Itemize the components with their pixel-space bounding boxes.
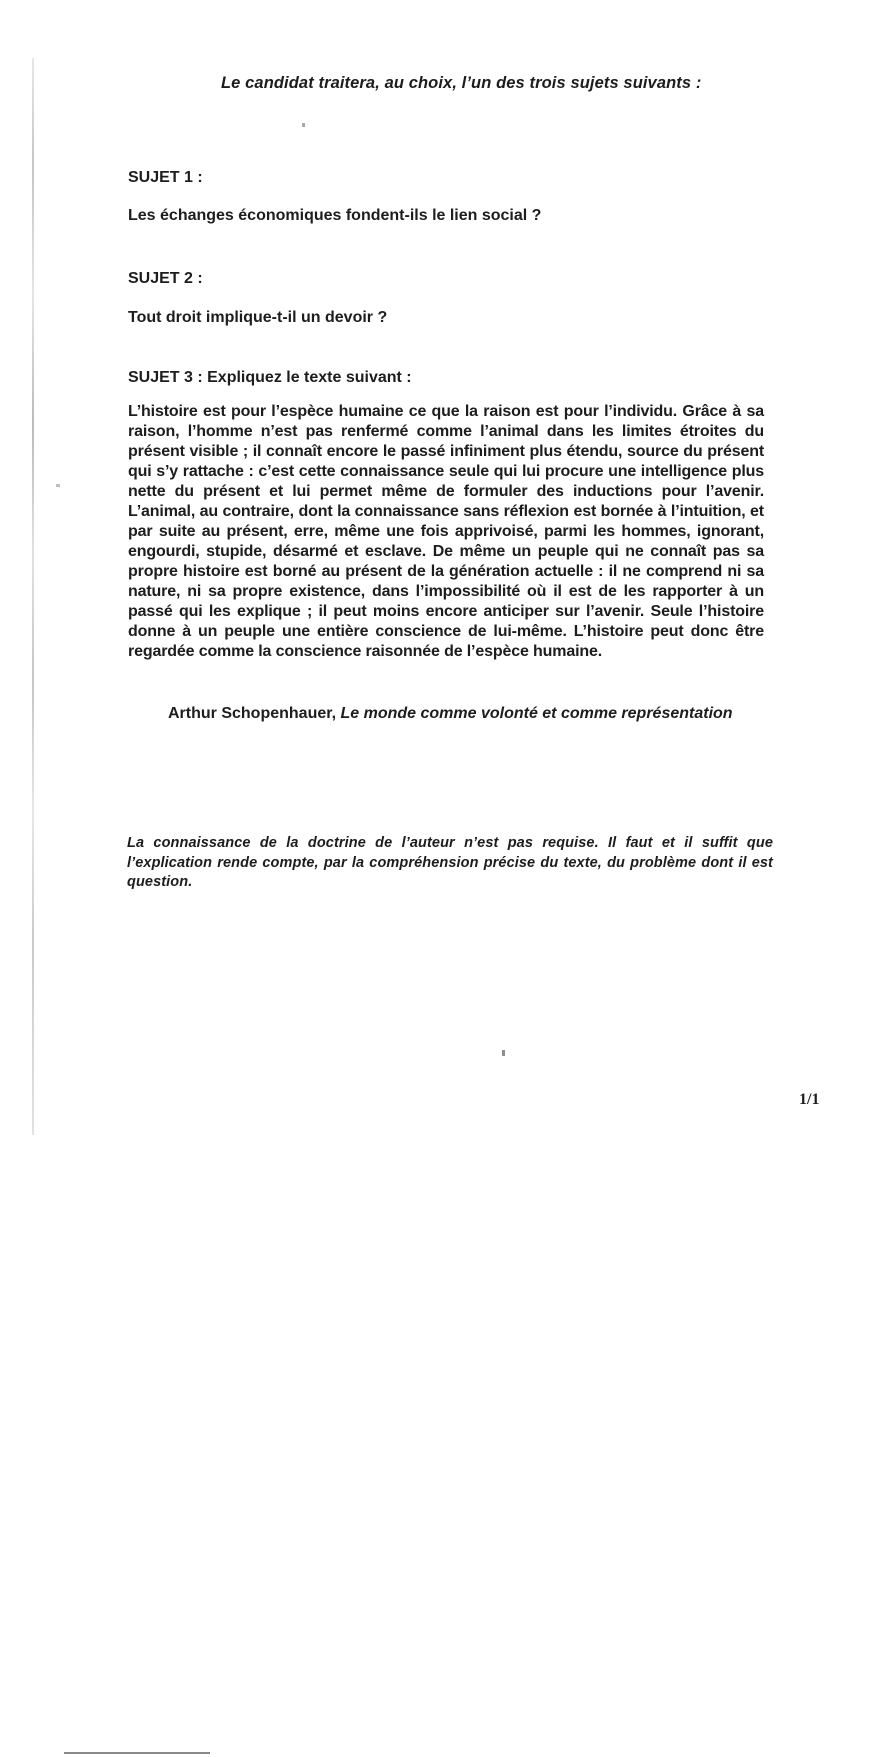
- attribution-work-title: Le monde comme volonté et comme représen…: [340, 705, 732, 722]
- subject-2-label: SUJET 2 :: [128, 270, 203, 288]
- scan-speck: [502, 1050, 505, 1056]
- scan-artifact-vertical-line: [32, 58, 34, 1135]
- subject-1-label: SUJET 1 :: [128, 169, 203, 187]
- scan-speck: [302, 123, 305, 127]
- philosophy-text-excerpt: L’histoire est pour l’espèce humaine ce …: [128, 402, 764, 662]
- subject-3-label: SUJET 3 : Expliquez le texte suivant :: [128, 369, 412, 387]
- exam-instruction: Le candidat traitera, au choix, l’un des…: [221, 74, 701, 93]
- text-attribution: Arthur Schopenhauer, Le monde comme volo…: [168, 705, 733, 723]
- subject-2-question: Tout droit implique-t-il un devoir ?: [128, 309, 387, 327]
- exam-paper-page: Le candidat traitera, au choix, l’un des…: [0, 0, 878, 1757]
- page-number: 1/1: [799, 1091, 819, 1109]
- attribution-author: Arthur Schopenhauer,: [168, 705, 340, 722]
- scan-edge-mark: [64, 1752, 210, 1754]
- scan-speck: [56, 484, 60, 487]
- subject-1-question: Les échanges économiques fondent-ils le …: [128, 207, 541, 225]
- examiner-note: La connaissance de la doctrine de l’aute…: [127, 834, 773, 893]
